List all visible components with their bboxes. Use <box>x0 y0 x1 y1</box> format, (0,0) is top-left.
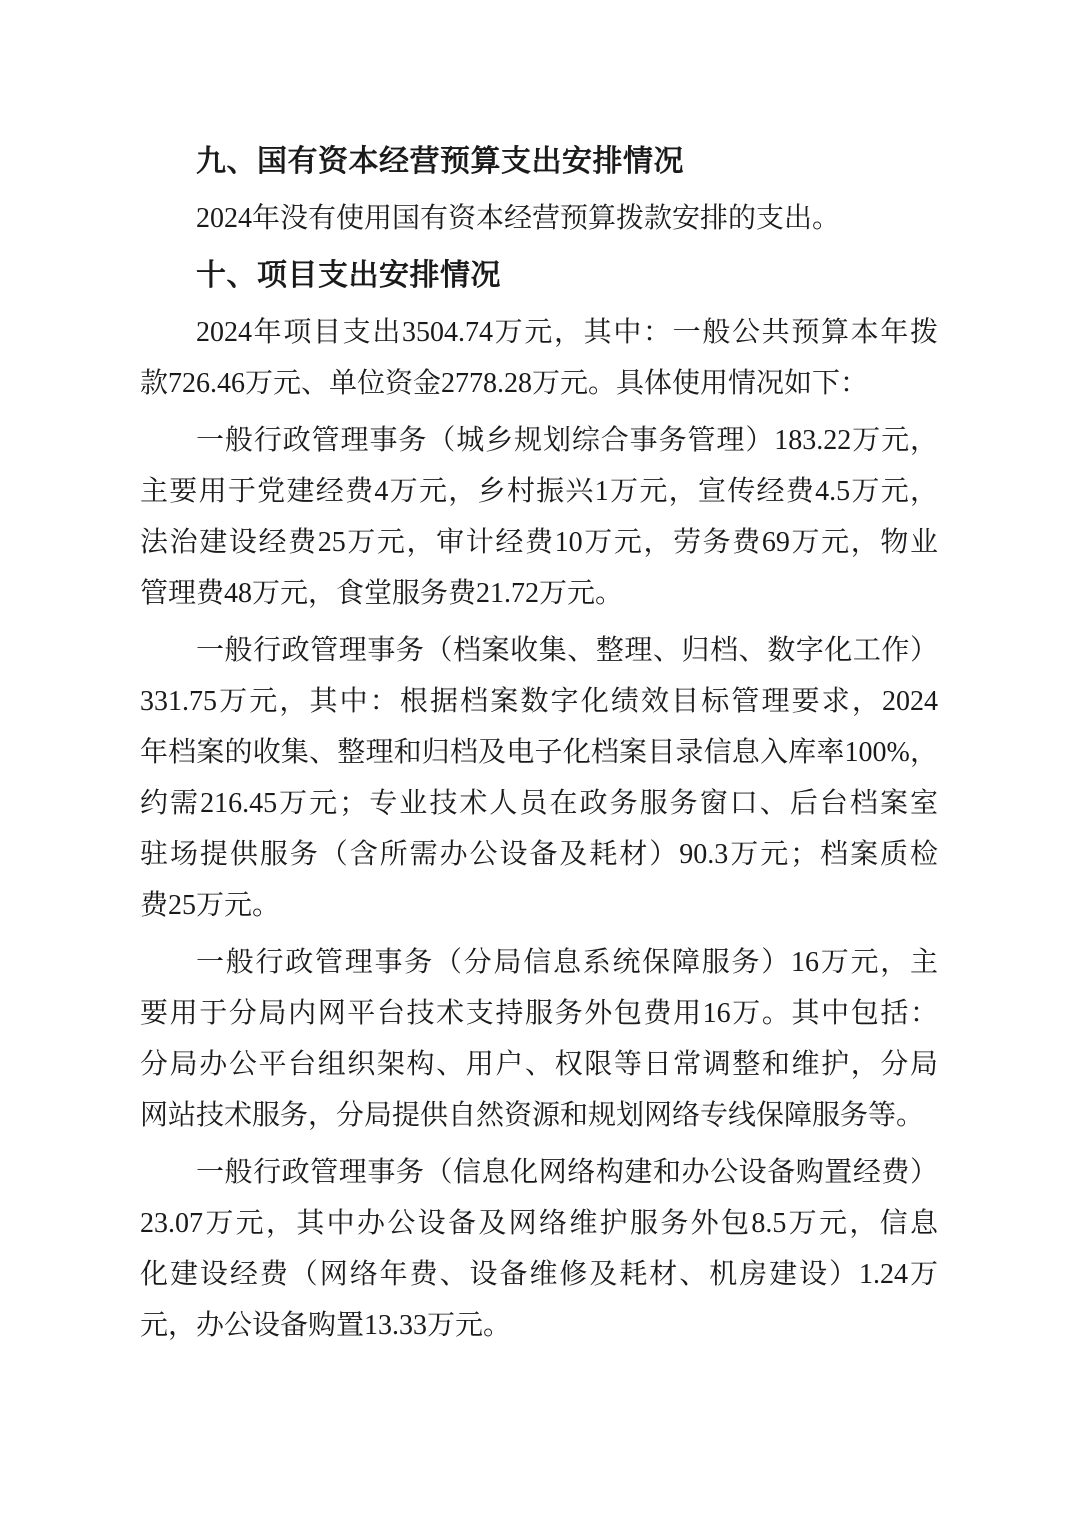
text-line: 主要用于党建经费4万元，乡村振兴1万元，宣传经费4.5万元， <box>140 466 938 517</box>
text-line: 331.75万元，其中：根据档案数字化绩效目标管理要求，2024 <box>140 676 938 727</box>
heading-section-9: 九、国有资本经营预算支出安排情况 <box>140 136 938 187</box>
paragraph-state-capital-budget: 2024年没有使用国有资本经营预算拨款安排的支出。 <box>140 193 938 244</box>
text-line: 23.07万元，其中办公设备及网络维护服务外包8.5万元，信息 <box>140 1198 938 1249</box>
text-line: 一般行政管理事务（城乡规划综合事务管理）183.22万元， <box>140 415 938 466</box>
text-line: 化建设经费（网络年费、设备维修及耗材、机房建设）1.24万 <box>140 1249 938 1300</box>
heading-section-10: 十、项目支出安排情况 <box>140 250 938 301</box>
paragraph-project-expenditure-total: 2024年项目支出3504.74万元，其中：一般公共预算本年拨 款726.46万… <box>140 307 938 409</box>
heading-text: 十、项目支出安排情况 <box>140 250 938 301</box>
text-line: 要用于分局内网平台技术支持服务外包费用16万。其中包括： <box>140 988 938 1039</box>
text-line: 管理费48万元，食堂服务费21.72万元。 <box>140 568 938 619</box>
text-line: 一般行政管理事务（档案收集、整理、归档、数字化工作） <box>140 625 938 676</box>
text-line: 年档案的收集、整理和归档及电子化档案目录信息入库率100%， <box>140 727 938 778</box>
paragraph-urban-rural-planning: 一般行政管理事务（城乡规划综合事务管理）183.22万元， 主要用于党建经费4万… <box>140 415 938 619</box>
text-line: 一般行政管理事务（信息化网络构建和办公设备购置经费） <box>140 1147 938 1198</box>
document-body: 九、国有资本经营预算支出安排情况 2024年没有使用国有资本经营预算拨款安排的支… <box>140 136 938 1357</box>
text-line: 费25万元。 <box>140 880 938 931</box>
text-line: 网站技术服务，分局提供自然资源和规划网络专线保障服务等。 <box>140 1090 938 1141</box>
text-line: 分局办公平台组织架构、用户、权限等日常调整和维护，分局 <box>140 1039 938 1090</box>
text-line: 2024年项目支出3504.74万元，其中：一般公共预算本年拨 <box>140 307 938 358</box>
text-line: 法治建设经费25万元，审计经费10万元，劳务费69万元，物业 <box>140 517 938 568</box>
text-line: 一般行政管理事务（分局信息系统保障服务）16万元，主 <box>140 937 938 988</box>
paragraph-network-and-equipment: 一般行政管理事务（信息化网络构建和办公设备购置经费） 23.07万元，其中办公设… <box>140 1147 938 1351</box>
paragraph-information-system-support: 一般行政管理事务（分局信息系统保障服务）16万元，主 要用于分局内网平台技术支持… <box>140 937 938 1141</box>
text-line: 元，办公设备购置13.33万元。 <box>140 1300 938 1351</box>
paragraph-archives-digitization: 一般行政管理事务（档案收集、整理、归档、数字化工作） 331.75万元，其中：根… <box>140 625 938 931</box>
text-line: 款726.46万元、单位资金2778.28万元。具体使用情况如下： <box>140 358 938 409</box>
text-line: 2024年没有使用国有资本经营预算拨款安排的支出。 <box>140 193 938 244</box>
text-line: 约需216.45万元；专业技术人员在政务服务窗口、后台档案室 <box>140 778 938 829</box>
heading-text: 九、国有资本经营预算支出安排情况 <box>140 136 938 187</box>
document-page: 九、国有资本经营预算支出安排情况 2024年没有使用国有资本经营预算拨款安排的支… <box>0 0 1075 1520</box>
text-line: 驻场提供服务（含所需办公设备及耗材）90.3万元；档案质检 <box>140 829 938 880</box>
